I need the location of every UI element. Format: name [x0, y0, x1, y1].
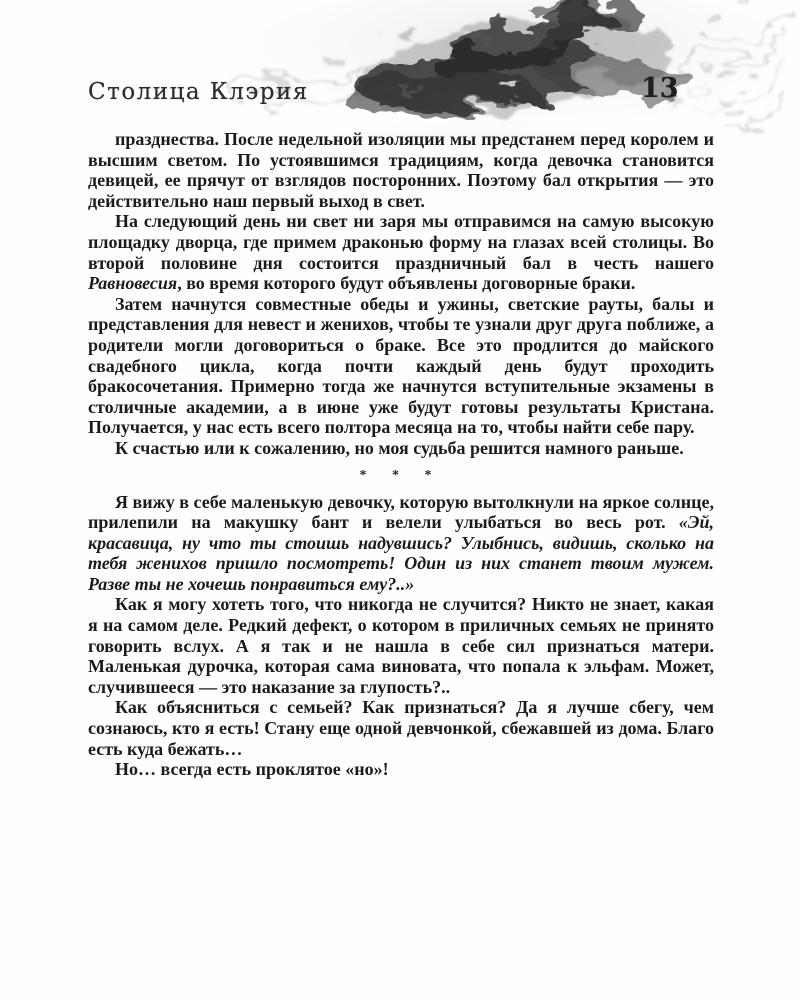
running-title: Столица Клэрия: [88, 78, 309, 106]
paragraph: Затем начнутся совместные обеды и ужины,…: [88, 294, 714, 438]
paragraph: К счастью или к сожалению, но моя судьба…: [88, 438, 714, 459]
page-text: празднества. После недельной изоляции мы…: [88, 129, 714, 780]
page-number: 13: [641, 74, 679, 104]
paragraph: На следующий день ни свет ни заря мы отп…: [88, 211, 714, 293]
paragraph: Как объясниться с семьей? Как признаться…: [88, 697, 714, 759]
page-header: Столица Клэрия 13: [0, 0, 800, 135]
book-page: Столица Клэрия 13 празднества. После нед…: [0, 0, 800, 1000]
paragraph: Но… всегда есть проклятое «но»!: [88, 759, 714, 780]
paragraph: Как я могу хотеть того, что никогда не с…: [88, 594, 714, 697]
ink-smoke-decoration: [225, 0, 800, 140]
paragraph: Я вижу в себе маленькую девочку, которую…: [88, 492, 714, 595]
paragraph: празднества. После недельной изоляции мы…: [88, 129, 714, 211]
section-separator: * * *: [88, 459, 714, 492]
